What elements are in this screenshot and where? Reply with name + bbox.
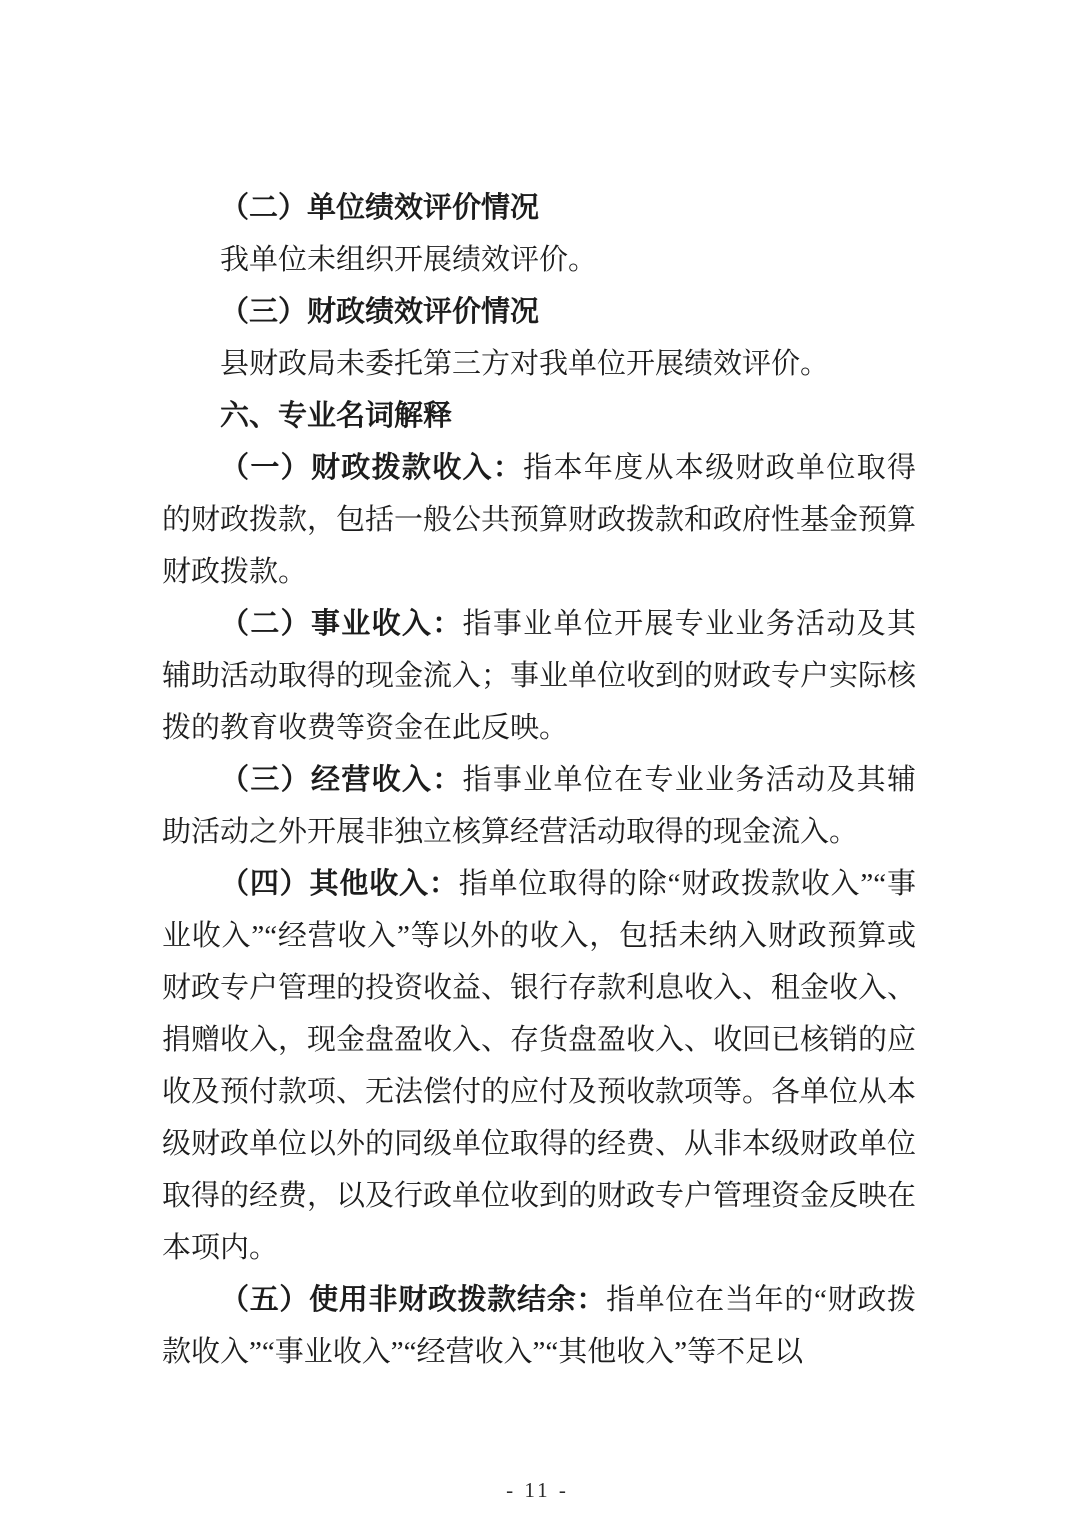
term-label-non-fiscal-balance: （五）使用非财政拨款结余：: [220, 1284, 606, 1316]
paragraph-term-fiscal-appropriation-income: （一）财政拨款收入：指本年度从本级财政单位取得的财政拨款，包括一般公共预算财政拨…: [162, 442, 916, 598]
paragraph-fiscal-evaluation-status: 县财政局未委托第三方对我单位开展绩效评价。: [162, 338, 916, 390]
paragraph-unit-evaluation-status: 我单位未组织开展绩效评价。: [162, 234, 916, 286]
paragraph-term-institutional-income: （二）事业收入：指事业单位开展专业业务活动及其辅助活动取得的现金流入；事业单位收…: [162, 598, 916, 754]
heading-unit-performance-evaluation: （二）单位绩效评价情况: [162, 182, 916, 234]
heading-fiscal-performance-evaluation: （三）财政绩效评价情况: [162, 286, 916, 338]
term-label-institutional-income: （二）事业收入：: [220, 608, 463, 640]
document-body: （二）单位绩效评价情况 我单位未组织开展绩效评价。 （三）财政绩效评价情况 县财…: [162, 182, 916, 1378]
paragraph-term-operating-income: （三）经营收入：指事业单位在专业业务活动及其辅助活动之外开展非独立核算经营活动取…: [162, 754, 916, 858]
heading-terms-glossary: 六、专业名词解释: [162, 390, 916, 442]
page-number: - 11 -: [0, 1478, 1075, 1503]
term-definition-other-income: 指单位取得的除“财政拨款收入”“事业收入”“经营收入”等以外的收入，包括未纳入财…: [162, 868, 916, 1264]
paragraph-term-non-fiscal-balance: （五）使用非财政拨款结余：指单位在当年的“财政拨款收入”“事业收入”“经营收入”…: [162, 1274, 916, 1378]
term-label-fiscal-appropriation-income: （一）财政拨款收入：: [220, 452, 523, 484]
term-label-other-income: （四）其他收入：: [220, 868, 459, 900]
paragraph-term-other-income: （四）其他收入：指单位取得的除“财政拨款收入”“事业收入”“经营收入”等以外的收…: [162, 858, 916, 1274]
term-label-operating-income: （三）经营收入：: [220, 764, 463, 796]
document-page: （二）单位绩效评价情况 我单位未组织开展绩效评价。 （三）财政绩效评价情况 县财…: [0, 0, 1075, 1520]
